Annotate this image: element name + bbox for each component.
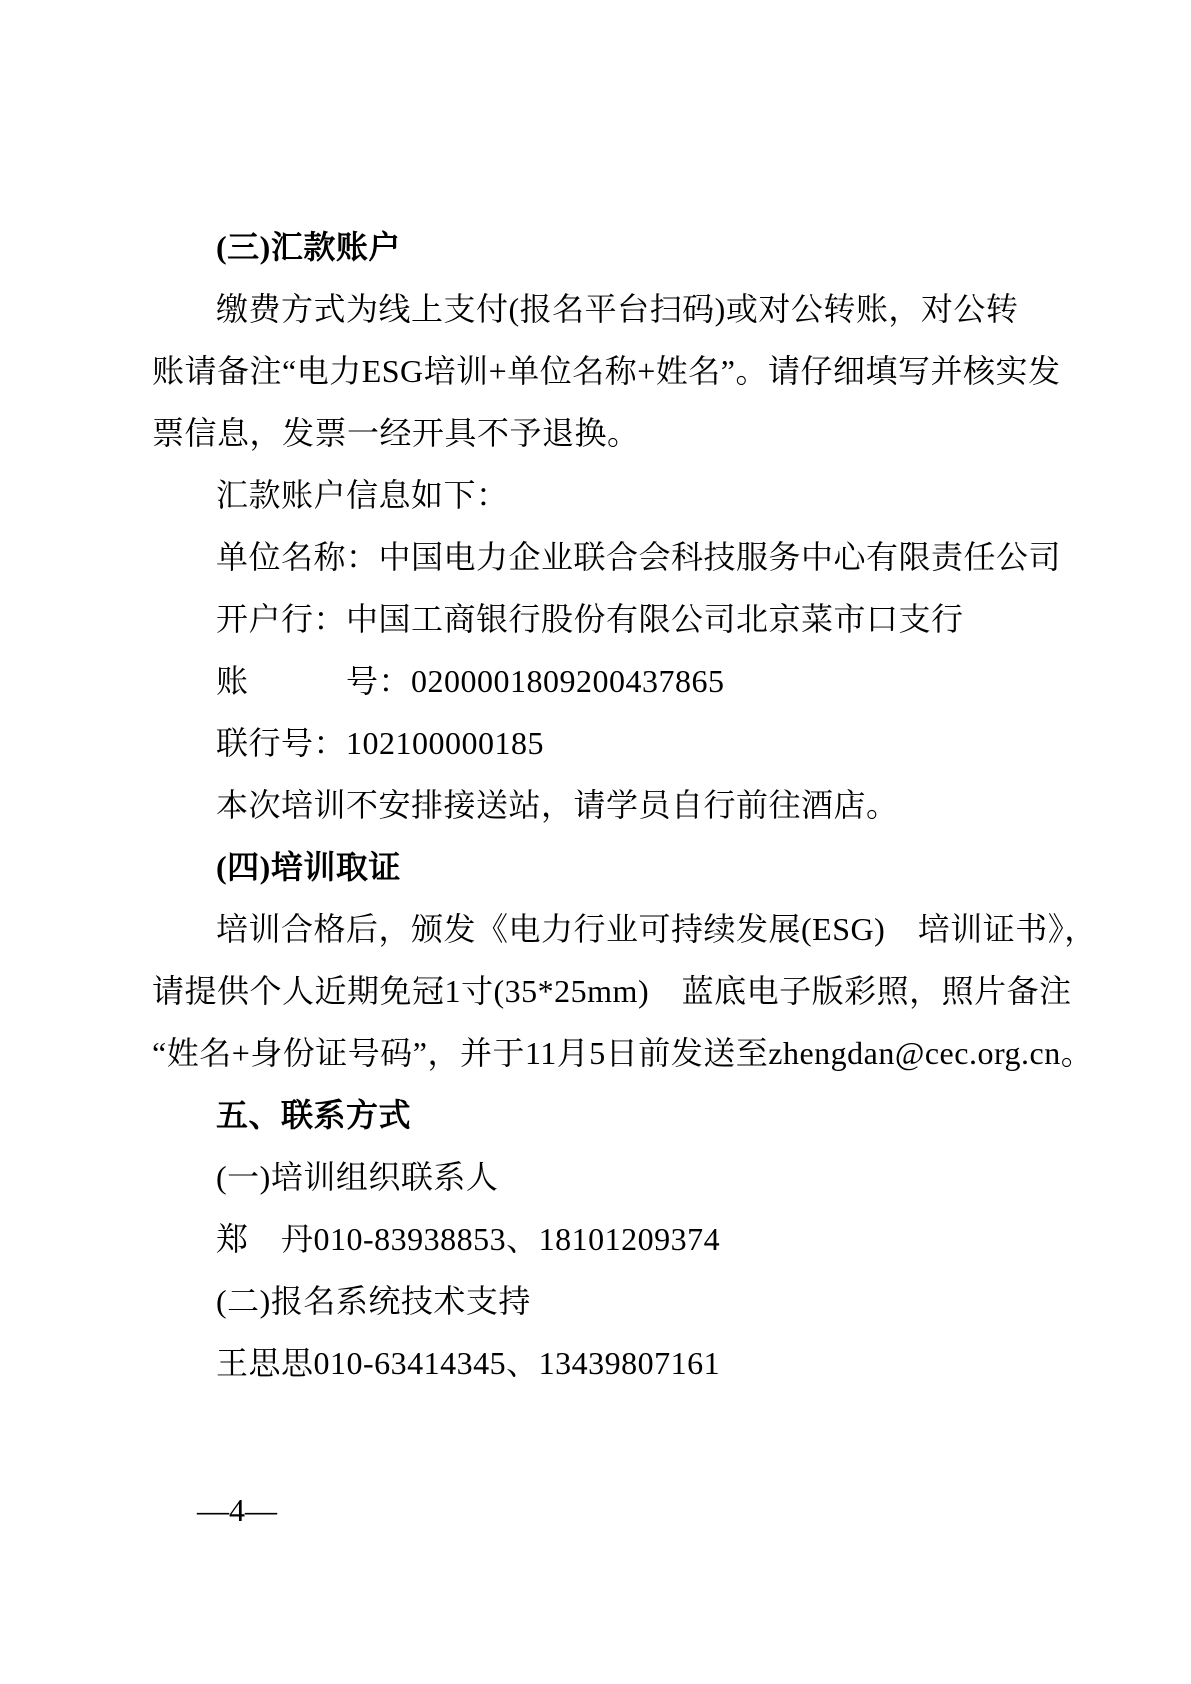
body-line: 账 号：0200001809200437865 [152,650,1047,712]
body-line: 开户行：中国工商银行股份有限公司北京菜市口支行 [152,588,1047,650]
body-line: 培训合格后，颁发《电力行业可持续发展(ESG) 培训证书》， [152,898,1047,960]
body-line: 请提供个人近期免冠1寸(35*25mm) 蓝底电子版彩照，照片备注 [152,960,1047,1022]
body-line: 单位名称：中国电力企业联合会科技服务中心有限责任公司 [152,526,1047,588]
body-line: 本次培训不安排接送站，请学员自行前往酒店。 [152,774,1047,836]
body-line: 王思思010-63414345、13439807161 [152,1332,1047,1394]
document-page: (三)汇款账户缴费方式为线上支付(报名平台扫码)或对公转账，对公转账请备注“电力… [0,0,1191,1684]
body-line: 账请备注“电力ESG培训+单位名称+姓名”。请仔细填写并核实发 [152,340,1047,402]
subsection-heading: (一)培训组织联系人 [152,1146,1047,1208]
document-body: (三)汇款账户缴费方式为线上支付(报名平台扫码)或对公转账，对公转账请备注“电力… [152,216,1047,1394]
body-line: “姓名+身份证号码”，并于11月5日前发送至zhengdan@cec.org.c… [152,1022,1047,1084]
body-line: 郑 丹010-83938853、18101209374 [152,1208,1047,1270]
page-number: —4— [197,1488,277,1532]
body-line: 汇款账户信息如下： [152,464,1047,526]
section-heading: (四)培训取证 [152,836,1047,898]
subsection-heading: (二)报名系统技术支持 [152,1270,1047,1332]
section-heading: (三)汇款账户 [152,216,1047,278]
body-line: 票信息，发票一经开具不予退换。 [152,402,1047,464]
body-line: 联行号：102100000185 [152,712,1047,774]
body-line: 缴费方式为线上支付(报名平台扫码)或对公转账，对公转 [152,278,1047,340]
chapter-heading: 五、联系方式 [152,1084,1047,1146]
